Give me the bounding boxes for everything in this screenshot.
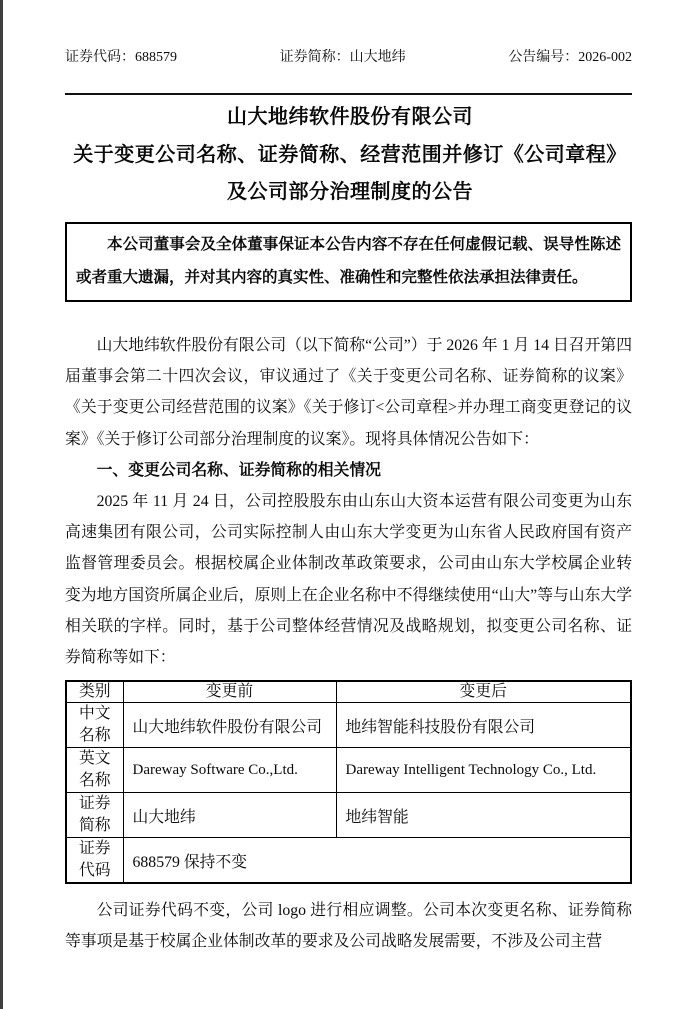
title-line-subject2: 及公司部分治理制度的公告: [40, 174, 660, 212]
page-left-edge-shadow: [0, 0, 3, 1009]
column-header-category: 类别: [66, 681, 123, 703]
title-line-subject: 关于变更公司名称、证券简称、经营范围并修订《公司章程》: [40, 137, 660, 175]
table-header-row: 类别 变更前 变更后: [66, 681, 631, 703]
paragraph-code-unchanged: 公司证券代码不变，公司 logo 进行相应调整。公司本次变更名称、证券简称等事项…: [65, 895, 632, 957]
section-1-heading: 一、变更公司名称、证券简称的相关情况: [65, 455, 632, 486]
english-name-before: Dareway Software Co.,Ltd.: [123, 748, 336, 793]
announcement-page: { "header": { "stock_code": "证券代码：688579…: [0, 0, 700, 1009]
row-label-english-name: 英文 名称: [66, 748, 123, 793]
table-row-english-name: 英文 名称 Dareway Software Co.,Ltd. Dareway …: [66, 748, 631, 793]
row-label-stock-code: 证券 代码: [66, 838, 123, 884]
title-line-company: 山大地纬软件股份有限公司: [40, 99, 660, 137]
header-divider-line: [65, 93, 632, 95]
closing-paragraph-block: 公司证券代码不变，公司 logo 进行相应调整。公司本次变更名称、证券简称等事项…: [65, 895, 632, 957]
table-row-stock-abbr: 证券 简称 山大地纬 地纬智能: [66, 793, 631, 838]
disclaimer-text: 本公司董事会及全体董事保证本公告内容不存在任何虚假记载、误导性陈述或者重大遗漏，…: [76, 229, 621, 294]
table-row-chinese-name: 中文 名称 山大地纬软件股份有限公司 地纬智能科技股份有限公司: [66, 703, 631, 748]
chinese-name-before: 山大地纬软件股份有限公司: [123, 703, 336, 748]
document-body: 山大地纬软件股份有限公司（以下简称“公司”）于 2026 年 1 月 14 日召…: [65, 330, 632, 673]
column-header-before: 变更前: [123, 681, 336, 703]
column-header-after: 变更后: [336, 681, 631, 703]
chinese-name-after: 地纬智能科技股份有限公司: [336, 703, 631, 748]
name-change-table: 类别 变更前 变更后 中文 名称 山大地纬软件股份有限公司 地纬智能科技股份有限…: [65, 680, 632, 884]
row-label-chinese-name: 中文 名称: [66, 703, 123, 748]
announcement-number-text: 公告编号：2026-002: [508, 46, 632, 66]
stock-abbr-before: 山大地纬: [123, 793, 336, 838]
document-header-row: 证券代码：688579 证券简称：山大地纬 公告编号：2026-002: [65, 46, 632, 66]
row-label-stock-abbr: 证券 简称: [66, 793, 123, 838]
document-title: 山大地纬软件股份有限公司 关于变更公司名称、证券简称、经营范围并修订《公司章程》…: [40, 99, 660, 212]
table-row-stock-code: 证券 代码 688579 保持不变: [66, 838, 631, 884]
paragraph-meeting-resolutions: 山大地纬软件股份有限公司（以下简称“公司”）于 2026 年 1 月 14 日召…: [65, 330, 632, 455]
board-disclaimer-box: 本公司董事会及全体董事保证本公告内容不存在任何虚假记载、误导性陈述或者重大遗漏，…: [65, 222, 632, 302]
stock-abbr-after: 地纬智能: [336, 793, 631, 838]
english-name-after: Dareway Intelligent Technology Co., Ltd.: [336, 748, 631, 793]
stock-abbr-text: 证券简称：山大地纬: [280, 46, 406, 66]
stock-code-text: 证券代码：688579: [65, 46, 177, 66]
stock-code-unchanged-value: 688579 保持不变: [123, 838, 631, 884]
paragraph-change-background: 2025 年 11 月 24 日，公司控股股东由山东山大资本运营有限公司变更为山…: [65, 486, 632, 673]
